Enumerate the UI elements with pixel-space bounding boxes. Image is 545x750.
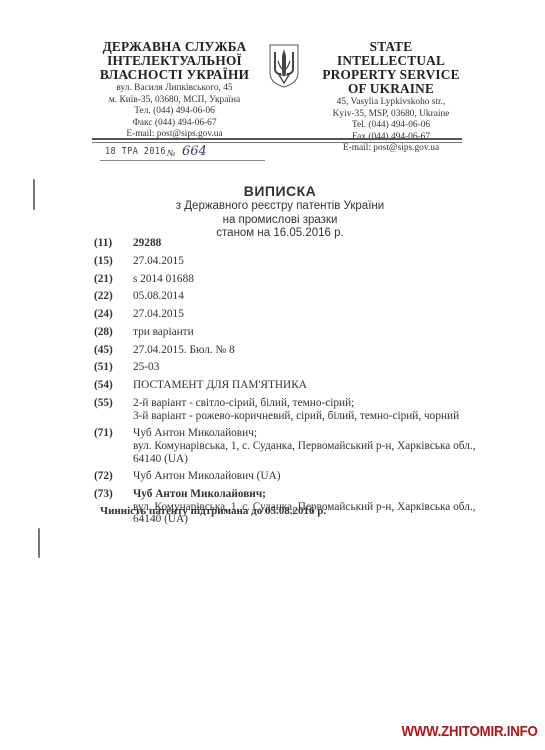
field-code: (28) <box>94 326 133 339</box>
field-code: (54) <box>94 379 133 392</box>
field-value: Чуб Антон Миколайович (UA) <box>133 470 494 483</box>
field-row: (54)ПОСТАМЕНТ ДЛЯ ПАМ'ЯТНИКА <box>94 379 494 392</box>
field-code: (21) <box>94 273 133 286</box>
field-value: 27.04.2015 <box>133 308 494 321</box>
patent-fields: (11)29288(15)27.04.2015(21)s 2014 01688(… <box>94 237 494 531</box>
field-value: ПОСТАМЕНТ ДЛЯ ПАМ'ЯТНИКА <box>133 379 494 392</box>
stamp-number: 664 <box>182 144 207 159</box>
org-name-uk: ДЕРЖАВНА СЛУЖБА ІНТЕЛЕКТУАЛЬНОЇ ВЛАСНОСТ… <box>92 40 257 82</box>
margin-bracket-bottom <box>38 528 40 558</box>
address-en: 45, Vasylia Lypkivskoho str., Kyiv-35, M… <box>316 97 466 155</box>
field-row: (45)27.04.2015. Бюл. № 8 <box>94 344 494 357</box>
field-value: 27.04.2015 <box>133 255 494 268</box>
field-value: 05.08.2014 <box>133 290 494 303</box>
field-code: (51) <box>94 361 133 374</box>
field-row: (22)05.08.2014 <box>94 290 494 303</box>
document-title: ВИПИСКА з Державного реєстру патентів Ук… <box>170 183 390 241</box>
field-row: (28)три варіанти <box>94 326 494 339</box>
field-value: три варіанти <box>133 326 494 339</box>
header-ukrainian: ДЕРЖАВНА СЛУЖБА ІНТЕЛЕКТУАЛЬНОЇ ВЛАСНОСТ… <box>92 40 257 141</box>
validity-statement: Чинність патенту підтримана до 05.08.201… <box>100 505 326 517</box>
field-code: (15) <box>94 255 133 268</box>
field-code: (22) <box>94 290 133 303</box>
title-main: ВИПИСКА <box>170 183 390 200</box>
field-code: (45) <box>94 344 133 357</box>
trident-coat-of-arms-icon <box>267 43 301 89</box>
field-row: (55)2-й варіант - світло-сірий, білий, т… <box>94 397 494 422</box>
margin-bracket-top <box>33 179 35 210</box>
address-uk: вул. Василя Липківського, 45 м. Київ-35,… <box>92 83 257 141</box>
field-value: Чуб Антон Миколайович;вул. Комунарівська… <box>133 427 494 465</box>
field-code: (71) <box>94 427 133 465</box>
field-value: 25-03 <box>133 361 494 374</box>
field-row: (24)27.04.2015 <box>94 308 494 321</box>
field-value: 2-й варіант - світло-сірий, білий, темно… <box>133 397 494 422</box>
field-code: (24) <box>94 308 133 321</box>
field-value: 29288 <box>133 237 494 250</box>
field-row: (71)Чуб Антон Миколайович;вул. Комунарів… <box>94 427 494 465</box>
stamp-date: 18 ТРА 2016 <box>105 146 166 157</box>
field-value: s 2014 01688 <box>133 273 494 286</box>
field-value: 27.04.2015. Бюл. № 8 <box>133 344 494 357</box>
header-divider <box>92 138 462 140</box>
field-code: (55) <box>94 397 133 422</box>
field-row: (11)29288 <box>94 237 494 250</box>
org-name-en: STATE INTELLECTUAL PROPERTY SERVICE OF U… <box>316 40 466 96</box>
field-row: (51)25-03 <box>94 361 494 374</box>
field-row: (72)Чуб Антон Миколайович (UA) <box>94 470 494 483</box>
field-row: (15)27.04.2015 <box>94 255 494 268</box>
stamp-number-label: № <box>167 148 176 158</box>
field-code: (11) <box>94 237 133 250</box>
field-row: (21)s 2014 01688 <box>94 273 494 286</box>
site-watermark: WWW.ZHITOMIR.INFO <box>402 723 538 740</box>
header-divider-thin <box>92 142 462 143</box>
field-code: (72) <box>94 470 133 483</box>
